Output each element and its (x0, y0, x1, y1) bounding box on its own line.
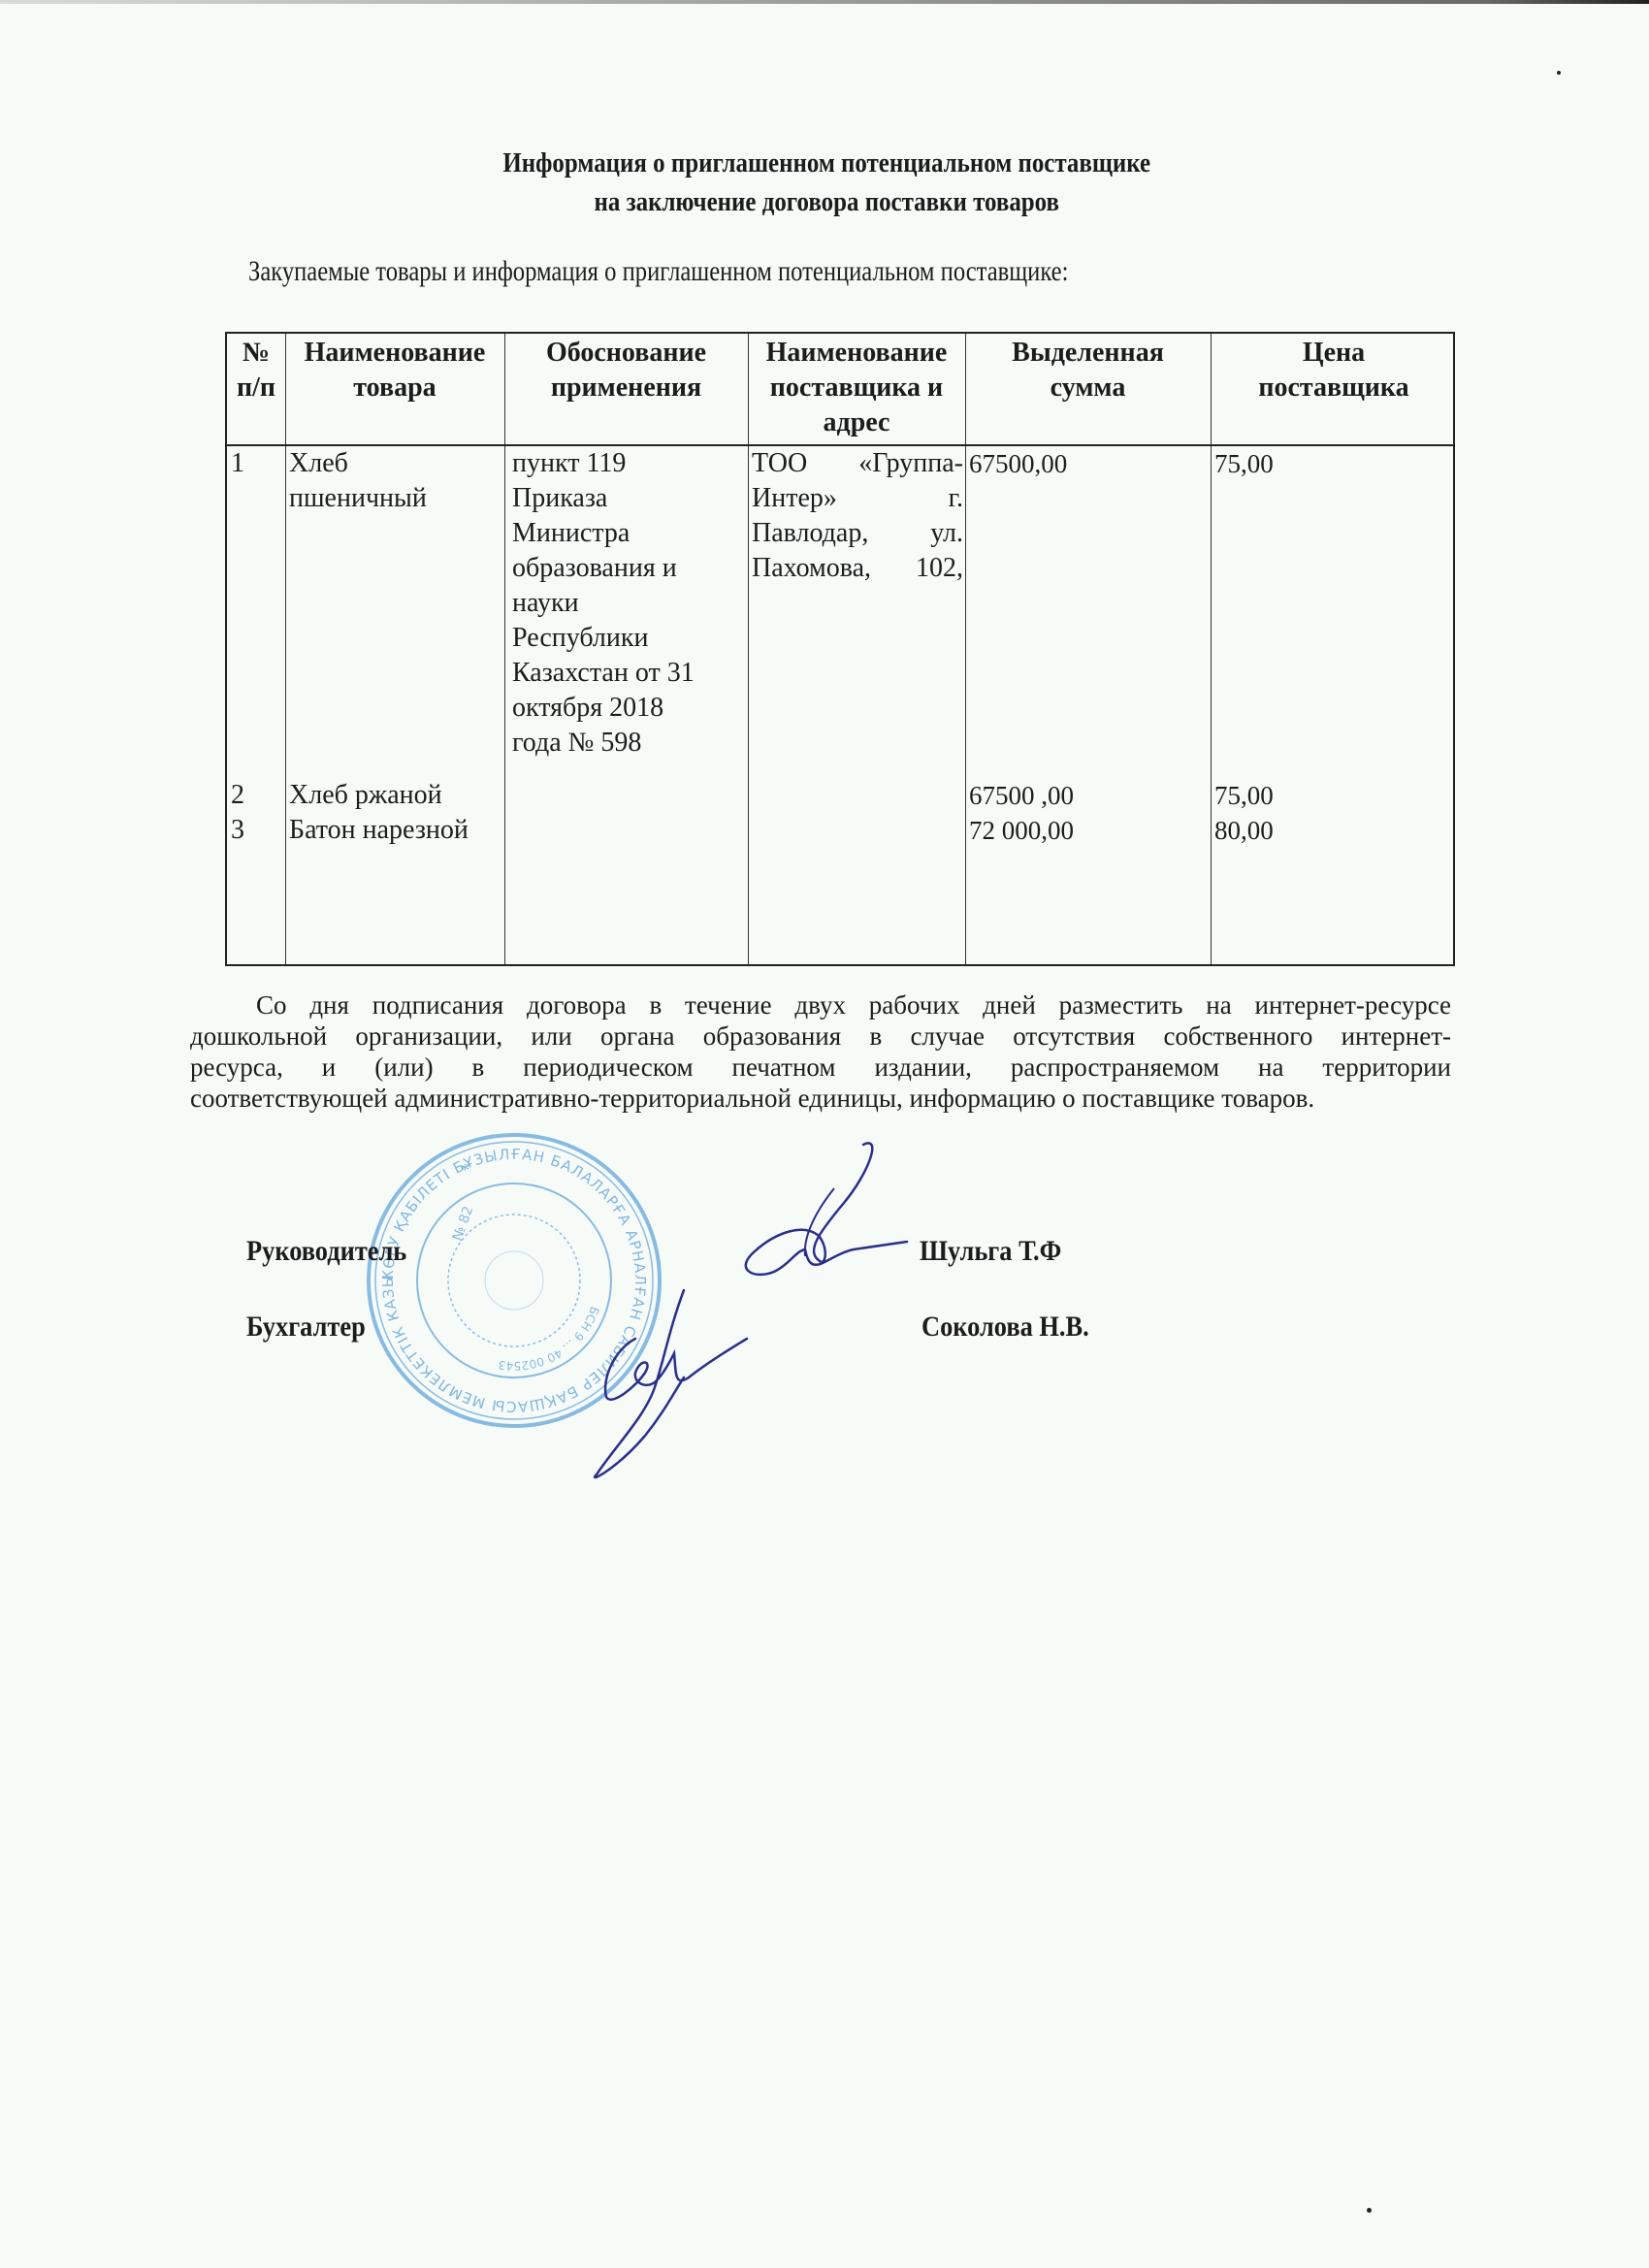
notice-line: ресурса, и (или) в периодическом печатно… (190, 1052, 1451, 1083)
scan-edge (0, 0, 1649, 4)
signer-name-head: Шульга Т.Ф (920, 1234, 1061, 1269)
cell-text: Республики (512, 621, 748, 656)
publication-notice: Со дня подписания договора в течение дву… (190, 989, 1451, 1114)
cell-text: Казахстан от 31 (512, 656, 748, 691)
row-1-supplier-price: 75,00 (1211, 446, 1457, 481)
header-text: товара (285, 371, 504, 405)
row-1-number: 1 (227, 446, 285, 481)
row-1-basis: пункт 119 Приказа Министра образования и… (504, 446, 748, 761)
header-number: № п/п (227, 334, 285, 444)
header-text: применения (504, 371, 748, 405)
header-supplier-price: Цена поставщика (1211, 334, 1457, 444)
header-text: поставщика и (748, 371, 965, 405)
cell-text: пшеничный (289, 481, 504, 516)
cell-text: октября 2018 (512, 691, 748, 726)
row-1-supplier: ТОО «Группа- Интер» г. Павлодар, ул. Пах… (748, 446, 965, 586)
cell-text: Приказа (512, 481, 748, 516)
stamp-inner-number: № 82 (450, 1204, 477, 1243)
cell-text: Министра (512, 516, 748, 551)
row-2-item: Хлеб ржаной (285, 778, 504, 813)
header-text: № (227, 336, 285, 371)
stamp-star-icon: * (461, 1160, 469, 1180)
cell-text: Интер» г. (752, 481, 963, 516)
cell-text: ТОО «Группа- (752, 446, 963, 481)
cell-text: образования и (512, 551, 748, 586)
row-1-allocated-sum: 67500,00 (965, 446, 1211, 481)
header-basis: Обоснование применения (504, 334, 748, 444)
document-title-line-2: на заключение договора поставки товаров (117, 184, 1536, 219)
signer-role-head: Руководитель (246, 1234, 406, 1269)
cell-text: науки (512, 586, 748, 621)
official-stamp-icon: КӨРУ ҚАБІЛЕТІ БҰЗЫЛҒАН БАЛАЛАРҒА АРНАЛҒА… (354, 1116, 674, 1436)
row-3-allocated-sum: 72 000,00 (965, 813, 1211, 848)
scan-speck (1367, 2208, 1372, 2213)
header-text: Наименование (285, 336, 504, 371)
signature-head-icon (698, 1135, 912, 1290)
cell-text: Пахомова, 102, (752, 551, 963, 586)
stamp-bin-text: БСН 9 ... 40 002543 (498, 1305, 602, 1373)
cell-text: Павлодар, ул. (752, 516, 963, 551)
svg-text:БСН 9 ... 40 002543: БСН 9 ... 40 002543 (498, 1305, 602, 1373)
signer-name-accountant: Соколова Н.В. (921, 1310, 1089, 1345)
header-text: сумма (965, 371, 1211, 405)
row-2-allocated-sum: 67500 ,00 (965, 778, 1211, 813)
notice-line: Со дня подписания договора в течение дву… (190, 989, 1451, 1021)
row-3-number: 3 (227, 813, 285, 848)
scan-speck (1557, 71, 1561, 75)
header-text: п/п (227, 371, 285, 405)
header-text: адрес (748, 405, 965, 440)
table-intro: Закупаемые товары и информация о приглаш… (248, 254, 1068, 289)
row-3-supplier-price: 80,00 (1211, 813, 1457, 848)
cell-text: Хлеб (289, 446, 504, 481)
header-text: поставщика (1211, 371, 1457, 405)
document-title-line-1: Информация о приглашенном потенциальном … (117, 146, 1536, 180)
signer-role-accountant: Бухгалтер (246, 1310, 366, 1345)
goods-table: № п/п Наименование товара Обоснование пр… (225, 332, 1455, 966)
row-2-supplier-price: 75,00 (1211, 778, 1457, 813)
row-2-number: 2 (227, 778, 285, 813)
cell-text: пункт 119 (512, 446, 748, 481)
signature-accountant-icon (577, 1280, 771, 1484)
notice-line: дошкольной организации, или органа образ… (190, 1021, 1451, 1052)
row-3-item: Батон нарезной (285, 813, 504, 848)
header-allocated-sum: Выделенная сумма (965, 334, 1211, 444)
header-text: Обоснование (504, 336, 748, 371)
header-supplier: Наименование поставщика и адрес (748, 334, 965, 444)
notice-line: соответствующей административно-территор… (190, 1083, 1451, 1114)
header-text: Наименование (748, 336, 965, 371)
header-text: Цена (1211, 336, 1457, 371)
cell-text: года № 598 (512, 726, 748, 761)
header-text: Выделенная (965, 336, 1211, 371)
row-1-item: Хлеб пшеничный (285, 446, 504, 516)
header-item-name: Наименование товара (285, 334, 504, 444)
